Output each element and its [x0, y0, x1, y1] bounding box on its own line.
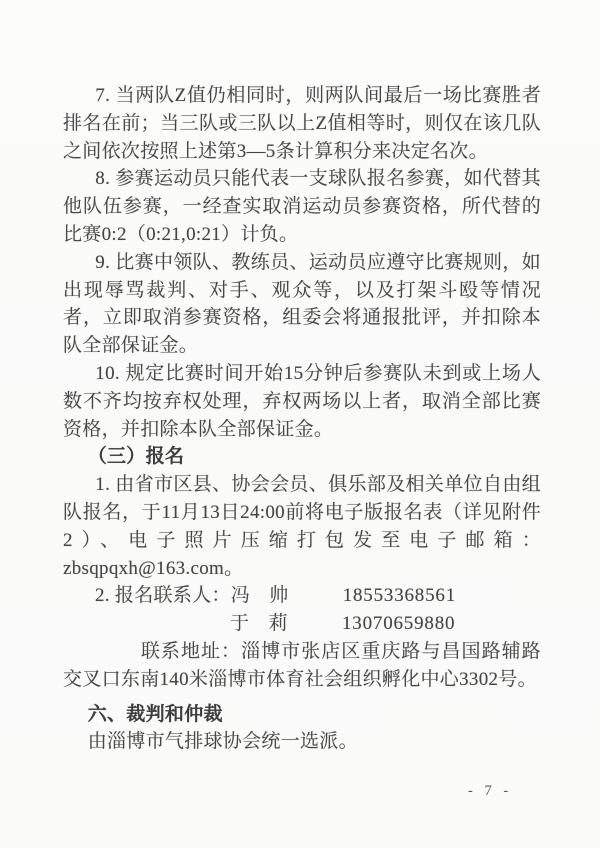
contact-phone-1: 18553368561	[343, 585, 456, 606]
contact-row-2: 于 莉13070659880	[63, 610, 541, 638]
document-page: 7. 当两队Z值仍相同时，则两队间最后一场比赛胜者排名在前；当三队或三队以上Z值…	[0, 0, 600, 848]
contact-label: 2. 报名联系人：	[63, 585, 231, 606]
contact-address: 联系地址：淄博市张店区重庆路与昌国路辅路交叉口东南140米淄博市体育社会组织孵化…	[63, 638, 541, 694]
contact-name-2: 于 莉	[230, 610, 304, 638]
contact-row-1: 2. 报名联系人：冯 帅18553368561	[63, 582, 541, 610]
referee-section-body: 由淄博市气排球协会统一选派。	[63, 728, 541, 756]
rule-paragraph-10: 10. 规定比赛时间开始15分钟后参赛队未到或上场人数不齐均按弃权处理，弃权两场…	[63, 360, 541, 443]
rule-paragraph-8: 8. 参赛运动员只能代表一支球队报名参赛，如代替其他队伍参赛，一经查实取消运动员…	[63, 165, 541, 248]
rule-paragraph-9: 9. 比赛中领队、教练员、运动员应遵守比赛规则，如出现辱骂裁判、对手、观众等，以…	[63, 249, 541, 360]
contact-name-1: 冯 帅	[231, 582, 305, 610]
rule-paragraph-7: 7. 当两队Z值仍相同时，则两队间最后一场比赛胜者排名在前；当三队或三队以上Z值…	[63, 82, 541, 165]
referee-section-heading: 六、裁判和仲裁	[63, 701, 541, 729]
document-content: 7. 当两队Z值仍相同时，则两队间最后一场比赛胜者排名在前；当三队或三队以上Z值…	[63, 82, 541, 756]
page-number: - 7 -	[468, 783, 512, 800]
registration-item-1: 1. 由省市区县、协会会员、俱乐部及相关单位自由组队报名，于11月13日24:0…	[63, 471, 541, 582]
contact-phone-2: 13070659880	[342, 613, 455, 634]
registration-contacts: 2. 报名联系人：冯 帅18553368561 于 莉13070659880	[63, 582, 541, 638]
registration-section-heading: （三）报名	[63, 443, 541, 471]
